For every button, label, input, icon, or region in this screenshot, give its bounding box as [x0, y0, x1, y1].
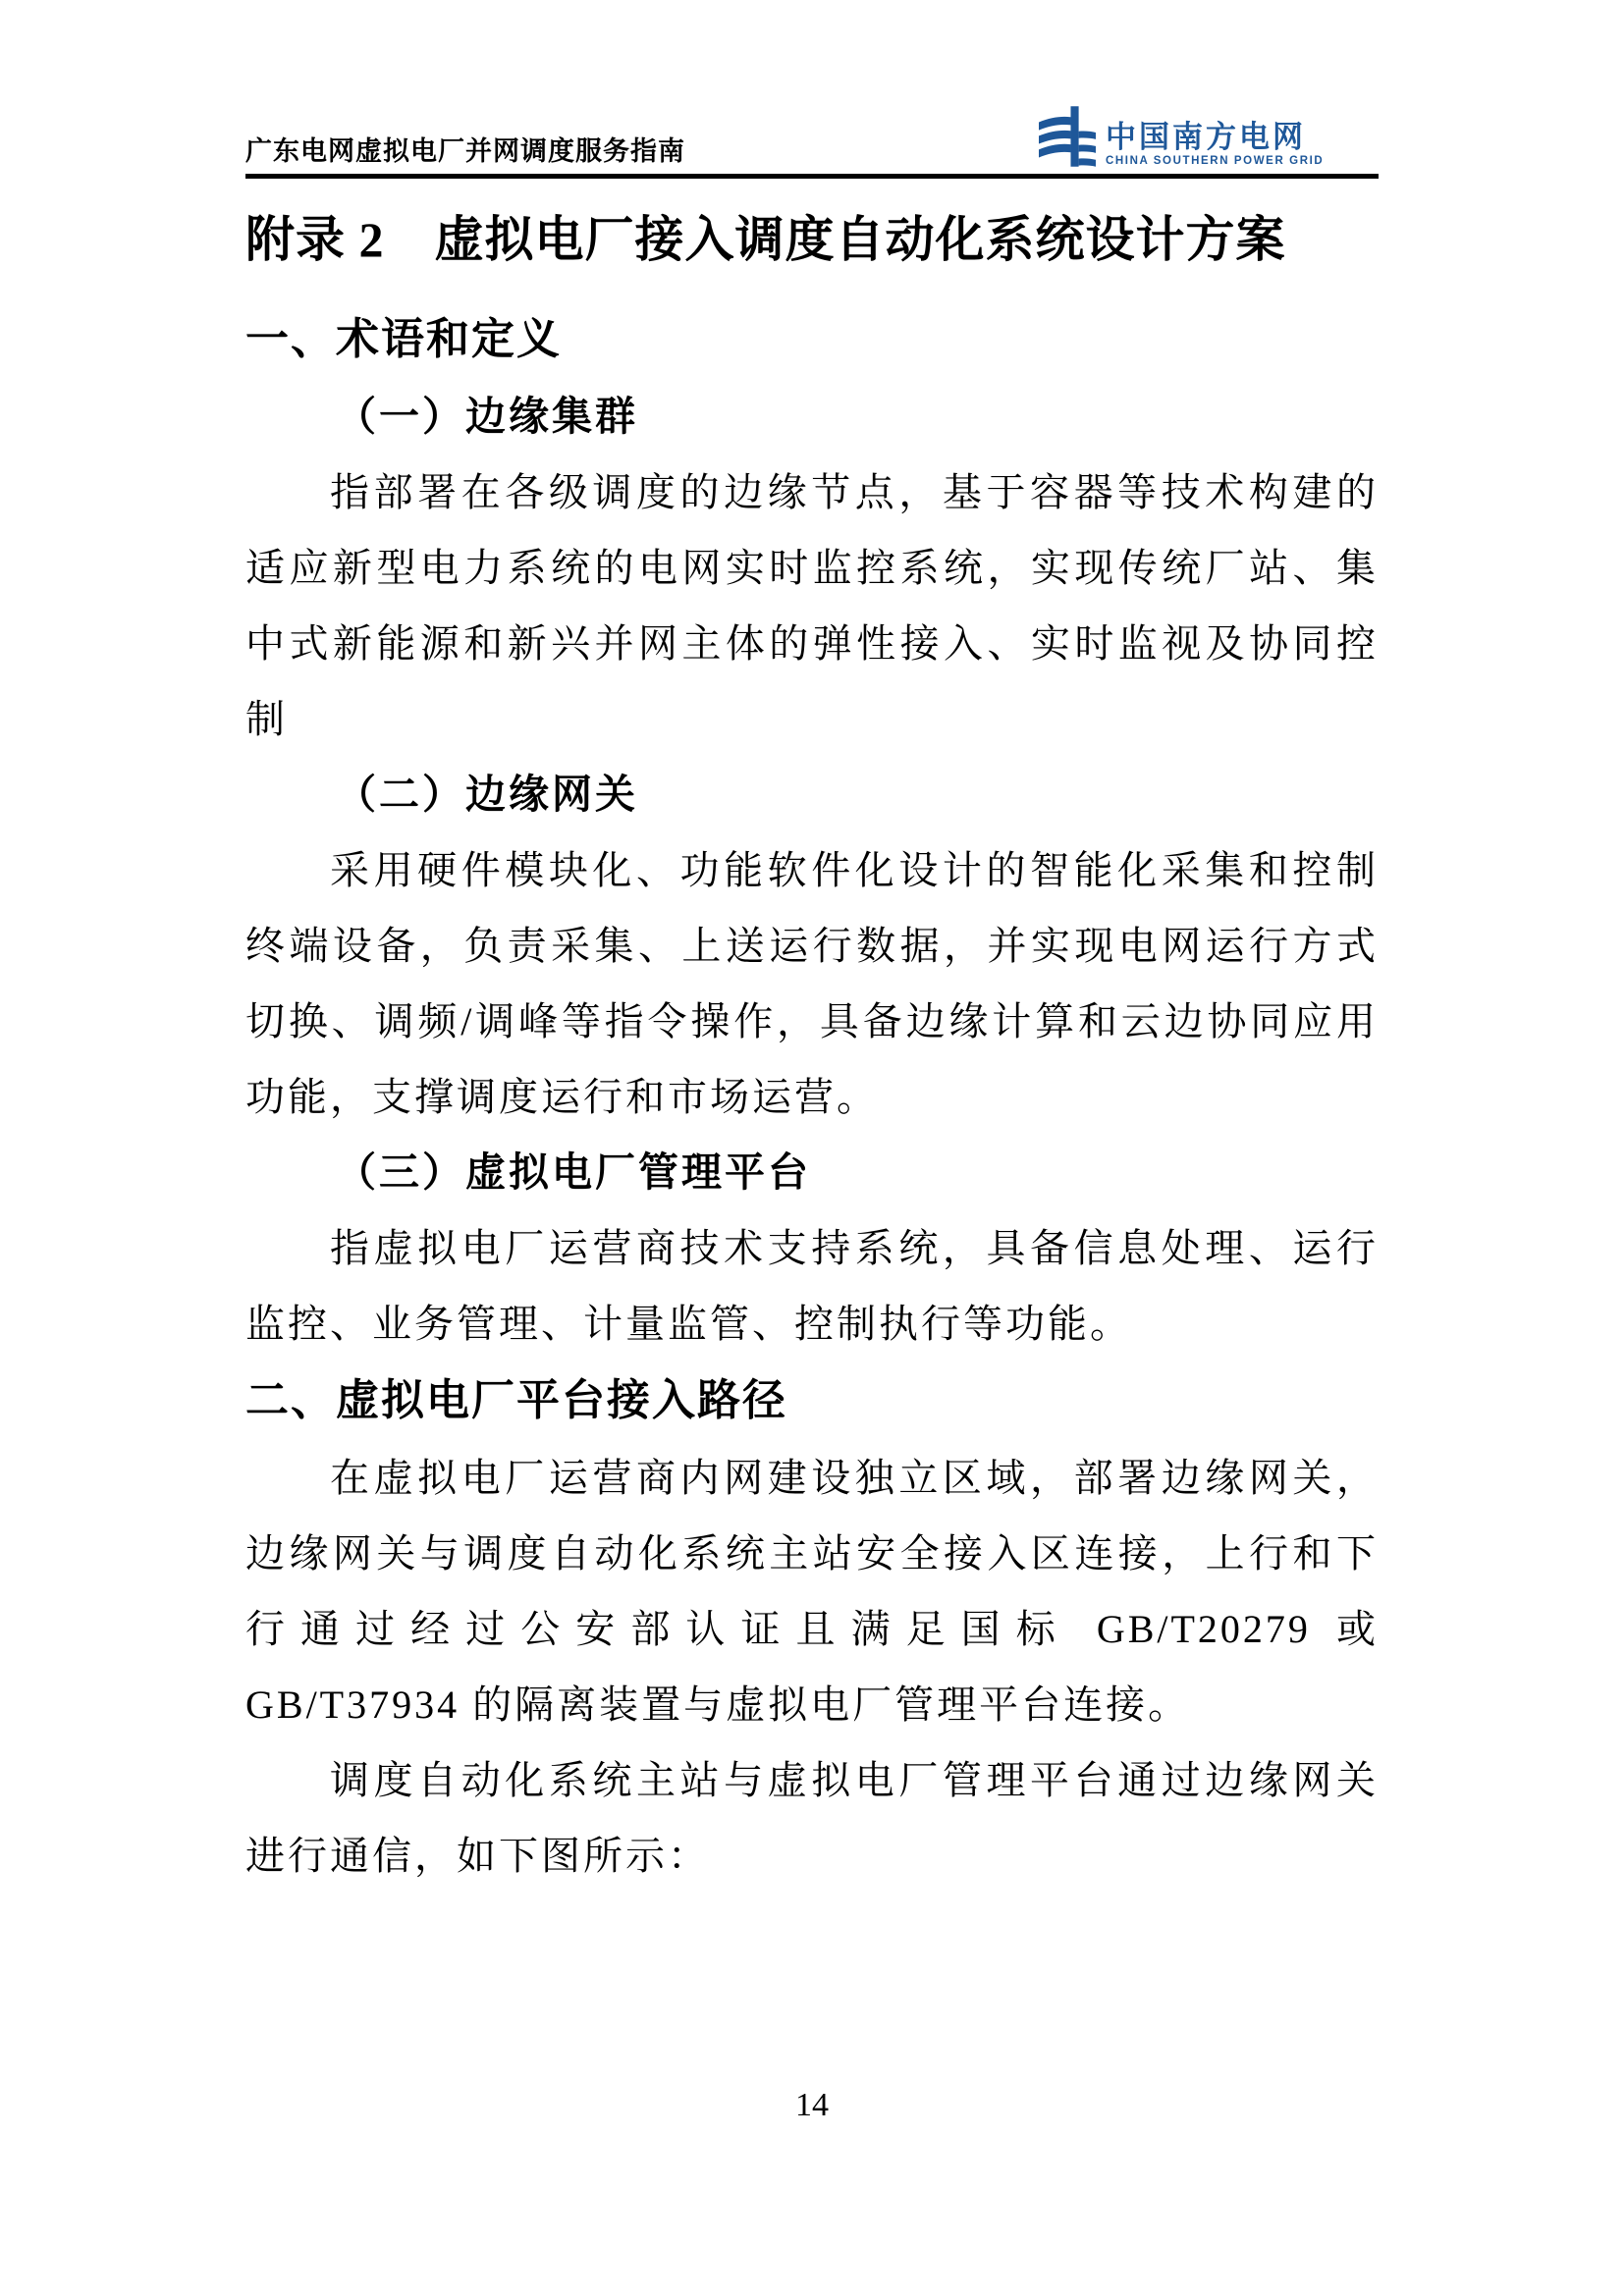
section-heading-access-path: 二、虚拟电厂平台接入路径	[245, 1362, 1379, 1440]
access-path-paragraph-2: 调度自动化系统主站与虚拟电厂管理平台通过边缘网关进行通信，如下图所示：	[245, 1742, 1379, 1894]
logo-title-cn: 中国南方电网	[1106, 122, 1324, 152]
document-page: 广东电网虚拟电厂并网调度服务指南 中国南方电网 CHI	[0, 0, 1624, 2296]
appendix-title: 附录 2 虚拟电厂接入调度自动化系统设计方案	[245, 208, 1379, 271]
section-heading-terms: 一、术语和定义	[245, 300, 1379, 379]
term-heading-edge-gateway: （二）边缘网关	[245, 757, 1379, 832]
page-content: 附录 2 虚拟电厂接入调度自动化系统设计方案 一、术语和定义 （一）边缘集群 指…	[245, 208, 1379, 1894]
term-body-vpp-platform: 指虚拟电厂运营商技术支持系统，具备信息处理、运行监控、业务管理、计量监管、控制执…	[245, 1210, 1379, 1362]
term-heading-edge-cluster: （一）边缘集群	[245, 379, 1379, 454]
logo-subtitle-en: CHINA SOUTHERN POWER GRID	[1106, 156, 1324, 168]
term-heading-vpp-platform: （三）虚拟电厂管理平台	[245, 1135, 1379, 1210]
page-number: 14	[0, 2087, 1624, 2124]
header-doc-title: 广东电网虚拟电厂并网调度服务指南	[245, 130, 685, 168]
term-body-edge-cluster: 指部署在各级调度的边缘节点，基于容器等技术构建的适应新型电力系统的电网实时监控系…	[245, 454, 1379, 757]
term-body-edge-gateway: 采用硬件模块化、功能软件化设计的智能化采集和控制终端设备，负责采集、上送运行数据…	[245, 832, 1379, 1135]
csg-logo-text: 中国南方电网 CHINA SOUTHERN POWER GRID	[1106, 122, 1324, 168]
header-rule	[245, 174, 1379, 179]
csg-logo-icon	[1039, 106, 1096, 167]
access-path-paragraph-1: 在虚拟电厂运营商内网建设独立区域，部署边缘网关，边缘网关与调度自动化系统主站安全…	[245, 1440, 1379, 1742]
csg-logo: 中国南方电网 CHINA SOUTHERN POWER GRID	[1039, 106, 1324, 167]
